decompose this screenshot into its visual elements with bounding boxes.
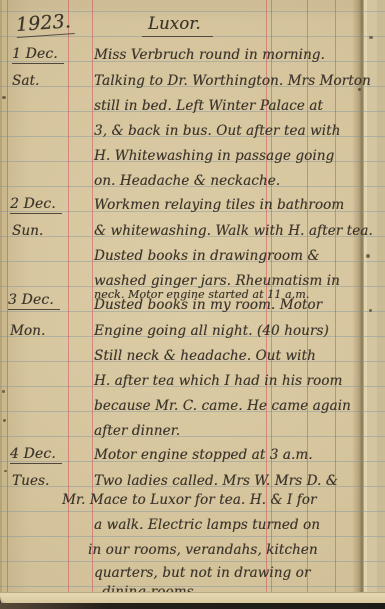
year-label: 1923. [15,10,74,38]
diary-line: Two ladies called. Mrs W. Mrs D. & [94,473,338,489]
page-title: Luxor. [142,14,213,37]
entry-date: 3 Dec. [8,292,60,310]
diary-line: & whitewashing. Walk with H. after tea. [94,223,373,239]
diary-line: Still neck & headache. Out with [94,348,316,364]
diary-line: H. after tea which I had in his room [94,373,342,389]
paper-blemish [366,254,370,258]
diary-line: on. Headache & neckache. [94,173,280,189]
next-page-edge [363,0,385,597]
diary-line: Engine going all night. (40 hours) [94,323,329,339]
left-page-edge [0,0,8,595]
ink-speck [3,419,6,422]
diary-line: Motor engine stopped at 3 a.m. [94,447,313,463]
ink-speck [2,390,5,393]
entry-date: 1 Dec. [12,46,64,64]
diary-line: still in bed. Left Winter Palace at [94,98,323,114]
diary-line: quarters, but not in drawing or [94,565,310,581]
entry-day: Sat. [12,73,39,89]
diary-line: after dinner. [94,423,180,439]
diary-line: washed ginger jars. Rheumatism in [94,273,340,289]
diary-line: H. Whitewashing in passage going [94,148,334,164]
diary-page-scan: 1923. Luxor. 1 Dec. Sat. Miss Verbruch r… [0,0,385,609]
table-shadow-band [0,603,385,609]
diary-line: 3, & back in bus. Out after tea with [94,123,340,139]
diary-line: because Mr. C. came. He came again [94,398,351,414]
diary-line: in our rooms, verandahs, kitchen [88,542,318,558]
diary-line: Mr. Mace to Luxor for tea. H. & I for [62,492,317,508]
entry-date: 4 Dec. [10,446,62,464]
diary-line: a walk. Electric lamps turned on [94,517,320,533]
diary-line: Talking to Dr. Worthington. Mrs Morton [94,73,371,89]
diary-line: Dusted books in drawingroom & [94,248,319,264]
entry-day: Mon. [10,323,45,339]
entry-date: 2 Dec. [10,196,62,214]
paper-blemish [358,88,361,91]
diary-line: Dusted books in my room. Motor [94,297,322,313]
ink-speck [4,470,7,472]
diary-line: Workmen relaying tiles in bathroom [94,197,344,213]
paper-blemish [369,36,373,39]
paper-blemish [369,309,372,312]
ink-speck [2,96,6,99]
diary-line: Miss Verbruch round in morning. [94,47,325,63]
entry-day: Sun. [12,223,43,239]
entry-day: Tues. [12,473,49,489]
